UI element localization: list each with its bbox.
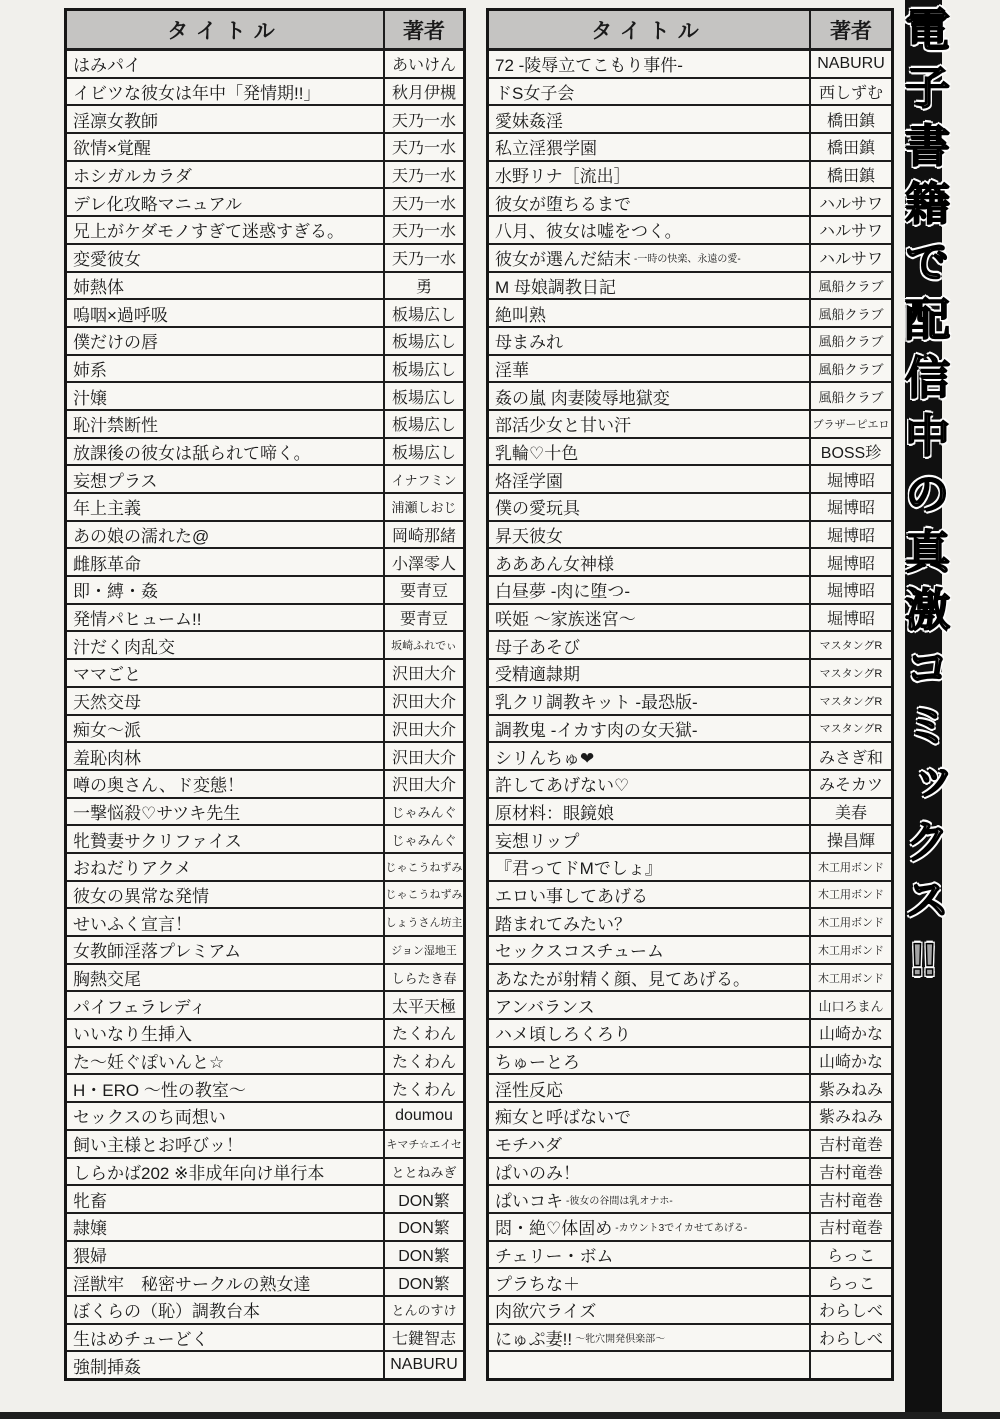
author-cell: 木工用ボンド [811, 965, 891, 991]
table-row: 部活少女と甘い汗ブラザーピエロ [489, 409, 891, 437]
author-cell: 操昌輝 [811, 826, 891, 852]
title-cell: M 母娘調教日記 [489, 273, 811, 299]
book-title: デレ化攻略マニュアル [73, 190, 242, 215]
book-title: 絶叫熟 [495, 301, 546, 326]
title-cell: チェリー・ボム [489, 1242, 811, 1268]
book-title: エロい事してあげる [495, 882, 648, 907]
title-cell: 昇天彼女 [489, 522, 811, 548]
table-row: 水野リナ［流出］橋田鎮 [489, 160, 891, 188]
title-cell: ハメ頃しろくろり [489, 1020, 811, 1046]
title-column-header: タイトル [67, 11, 385, 48]
author-cell: 木工用ボンド [811, 882, 891, 908]
table-row: 猥婦DON繁 [67, 1240, 463, 1268]
author-cell: 堀博昭 [811, 466, 891, 492]
book-list-table-right: タイトル著者72 -陵辱立てこもり事件-NABURUドS女子会西しずむ愛妹姦淫橋… [486, 8, 894, 1381]
table-row: 私立淫猥学園橋田鎮 [489, 132, 891, 160]
title-cell [489, 1352, 811, 1378]
author-cell: 堀博昭 [811, 605, 891, 631]
author-cell: 天乃一水 [385, 162, 463, 188]
book-title: 恥汁禁断性 [73, 411, 158, 436]
table-row: 汁だく肉乱交坂崎ふれでぃ [67, 630, 463, 658]
title-cell: 母子あそび [489, 632, 811, 658]
author-cell: 風船クラブ [811, 273, 891, 299]
title-cell: 妄想プラス [67, 466, 385, 492]
book-title: 彼女が選んだ結末 [495, 245, 631, 270]
title-cell: いいなり生挿入 [67, 1020, 385, 1046]
table-row: デレ化攻略マニュアル天乃一水 [67, 187, 463, 215]
title-cell: 放課後の彼女は舐られて啼く。 [67, 439, 385, 465]
book-title: おねだりアクメ [73, 854, 191, 879]
title-cell: ママごと [67, 660, 385, 686]
book-title: ぼくらの（恥）調教台本 [73, 1297, 260, 1322]
table-row: チェリー・ボムらっこ [489, 1240, 891, 1268]
table-row: せいふく宣言！しょうさん坊主 [67, 907, 463, 935]
title-cell: セックスのち両想い [67, 1103, 385, 1129]
table-row: 雌豚革命小澤零人 [67, 547, 463, 575]
table-row: 彼女の異常な発情じゃこうねずみ [67, 880, 463, 908]
title-cell: 僕の愛玩具 [489, 494, 811, 520]
table-row: ちゅーとろ山崎かな [489, 1046, 891, 1074]
author-cell: 沢田大介 [385, 743, 463, 769]
table-row: 牝贄妻サクリファイスじゃみんぐ [67, 824, 463, 852]
author-cell: 風船クラブ [811, 328, 891, 354]
table-header-row: タイトル著者 [67, 11, 463, 49]
table-row: 噂の奥さん、ド変態！沢田大介 [67, 769, 463, 797]
author-cell: あいけん [385, 51, 463, 77]
book-title: 姦の嵐 肉妻陵辱地獄変 [495, 384, 670, 409]
author-cell: 沢田大介 [385, 660, 463, 686]
author-cell: たくわん [385, 1020, 463, 1046]
book-title: ドS女子会 [495, 79, 574, 104]
table-row: ハメ頃しろくろり山崎かな [489, 1018, 891, 1046]
author-cell: 堀博昭 [811, 549, 891, 575]
book-title: にゅぷ妻!! [495, 1325, 572, 1350]
title-cell: ぱいコキ-彼女の谷間は乳オナホ- [489, 1186, 811, 1212]
book-title: 雌豚革命 [73, 550, 141, 575]
title-cell: 淫華 [489, 356, 811, 382]
book-title: 年上主義 [73, 494, 141, 519]
title-cell: 八月、彼女は嘘をつく。 [489, 217, 811, 243]
title-cell: 牝畜 [67, 1186, 385, 1212]
title-cell: 72 -陵辱立てこもり事件- [489, 51, 811, 77]
table-row: 『君ってドMでしょ』木工用ボンド [489, 852, 891, 880]
title-cell: 痴女と呼ばないで [489, 1103, 811, 1129]
book-title: しらかば202 ※非成年向け単行本 [73, 1159, 324, 1184]
title-cell: あの娘の濡れた@ [67, 522, 385, 548]
title-cell: 淫性反応 [489, 1075, 811, 1101]
author-cell: 要青豆 [385, 577, 463, 603]
title-cell: 恥汁禁断性 [67, 411, 385, 437]
author-cell: 堀博昭 [811, 522, 891, 548]
table-row [489, 1350, 891, 1378]
author-cell: じゃみんぐ [385, 826, 463, 852]
book-title: 淫華 [495, 356, 529, 381]
table-row: 僕の愛玩具堀博昭 [489, 492, 891, 520]
table-row: 嗚咽×過呼吸板場広し [67, 298, 463, 326]
book-title: H・ERO 〜性の教室〜 [73, 1076, 246, 1101]
author-cell: わらしべ [811, 1325, 891, 1351]
table-row: 発情パヒューム!!要青豆 [67, 603, 463, 631]
title-cell: H・ERO 〜性の教室〜 [67, 1075, 385, 1101]
table-row: ママごと沢田大介 [67, 658, 463, 686]
table-row: あなたが射精く顔、見てあげる。木工用ボンド [489, 963, 891, 991]
table-row: シリんちゅ❤みさぎ和 [489, 741, 891, 769]
author-cell: 紫みねみ [811, 1103, 891, 1129]
title-cell: 彼女の異常な発情 [67, 882, 385, 908]
book-title: 母まみれ [495, 328, 563, 353]
table-row: エロい事してあげる木工用ボンド [489, 880, 891, 908]
book-title: 妄想プラス [73, 467, 158, 492]
table-row: 妄想リップ操昌輝 [489, 824, 891, 852]
table-row: 姉熱体勇 [67, 271, 463, 299]
author-cell: らっこ [811, 1242, 891, 1268]
author-cell: 天乃一水 [385, 106, 463, 132]
author-cell: DON繁 [385, 1186, 463, 1212]
author-cell: しょうさん坊主 [385, 909, 463, 935]
book-title-subtitle: 〜牝穴開発倶楽部〜 [575, 1330, 665, 1345]
title-cell: あああん女神様 [489, 549, 811, 575]
title-cell: プラちな＋ [489, 1269, 811, 1295]
book-title: ぱいコキ [495, 1187, 563, 1212]
table-row: 一撃悩殺♡サツキ先生じゃみんぐ [67, 797, 463, 825]
author-cell: 板場広し [385, 411, 463, 437]
book-title: はみパイ [73, 51, 141, 76]
book-title: 乳輪♡十色 [495, 439, 578, 464]
book-title: 妄想リップ [495, 827, 579, 852]
title-cell: にゅぷ妻!!〜牝穴開発倶楽部〜 [489, 1325, 811, 1351]
title-cell: アンバランス [489, 992, 811, 1018]
book-title: 烙淫学園 [495, 467, 563, 492]
table-row: 母まみれ風船クラブ [489, 326, 891, 354]
table-row: 兄上がケダモノすぎて迷惑すぎる。天乃一水 [67, 215, 463, 243]
book-title: あああん女神様 [495, 550, 614, 575]
book-title: 僕の愛玩具 [495, 494, 580, 519]
author-cell: 坂崎ふれでぃ [385, 632, 463, 658]
author-cell: 山口ろまん [811, 992, 891, 1018]
author-cell: 秋月伊槻 [385, 79, 463, 105]
author-column-header: 著者 [385, 11, 463, 48]
table-row: 姦の嵐 肉妻陵辱地獄変風船クラブ [489, 381, 891, 409]
book-title: パイフェラレディ [73, 993, 206, 1018]
author-cell: 吉村竜巻 [811, 1131, 891, 1157]
author-cell: 紫みねみ [811, 1075, 891, 1101]
book-title: 嗚咽×過呼吸 [73, 301, 168, 326]
author-cell: マスタングR [811, 660, 891, 686]
author-cell: じゃこうねずみ [385, 882, 463, 908]
table-row: イビツな彼女は年中「発情期!!」秋月伊槻 [67, 77, 463, 105]
book-title: 部活少女と甘い汗 [495, 411, 631, 436]
book-title: チェリー・ボム [495, 1242, 614, 1267]
book-title-subtitle: -カウント3でイカせてあげる- [615, 1219, 747, 1234]
table-row: いいなり生挿入たくわん [67, 1018, 463, 1046]
table-row: 彼女が堕ちるまでハルサワ [489, 187, 891, 215]
title-cell: 咲姫 〜家族迷宮〜 [489, 605, 811, 631]
book-title: 水野リナ［流出］ [495, 162, 631, 187]
author-cell: 小澤零人 [385, 549, 463, 575]
author-cell: DON繁 [385, 1242, 463, 1268]
table-row: セックスのち両想いdoumou [67, 1101, 463, 1129]
title-cell: デレ化攻略マニュアル [67, 189, 385, 215]
title-cell: 即・縛・姦 [67, 577, 385, 603]
table-row: 八月、彼女は嘘をつく。ハルサワ [489, 215, 891, 243]
book-title: 乳クリ調教キット -最恐版- [495, 688, 698, 713]
author-cell: たくわん [385, 1075, 463, 1101]
table-header-row: タイトル著者 [489, 11, 891, 49]
book-title: 八月、彼女は嘘をつく。 [495, 217, 682, 242]
book-title: 汁嬢 [73, 384, 107, 409]
author-cell: トキマチ☆エイセイ [385, 1131, 463, 1157]
table-row: 欲情×覚醒天乃一水 [67, 132, 463, 160]
table-row: パイフェラレディ太平天極 [67, 990, 463, 1018]
book-title: セックスのち両想い [73, 1103, 226, 1128]
author-cell: 風船クラブ [811, 356, 891, 382]
title-cell: しらかば202 ※非成年向け単行本 [67, 1159, 385, 1185]
book-title: 牝贄妻サクリファイス [73, 827, 242, 852]
title-cell: 姉系 [67, 356, 385, 382]
book-title: 変愛彼女 [73, 245, 141, 270]
title-cell: ちゅーとろ [489, 1048, 811, 1074]
table-row: 飼い主様とお呼びッ！トキマチ☆エイセイ [67, 1129, 463, 1157]
title-cell: 変愛彼女 [67, 245, 385, 271]
book-title: 調教鬼 -イカす肉の女天獄- [495, 716, 698, 741]
book-title: 受精適隷期 [495, 660, 580, 685]
book-title: 僕だけの唇 [73, 328, 158, 353]
table-row: あの娘の濡れた@岡崎那緒 [67, 520, 463, 548]
title-cell: 肉欲穴ライズ [489, 1297, 811, 1323]
table-row: 妄想プラスイナフミン [67, 464, 463, 492]
author-cell: 風船クラブ [811, 300, 891, 326]
title-cell: 年上主義 [67, 494, 385, 520]
table-row: 受精適隷期マスタングR [489, 658, 891, 686]
author-cell: たくわん [385, 1048, 463, 1074]
table-row: 悶・絶♡体固め-カウント3でイカせてあげる-吉村竜巻 [489, 1212, 891, 1240]
book-title: 牝畜 [73, 1187, 107, 1212]
title-cell: 妄想リップ [489, 826, 811, 852]
title-cell: 部活少女と甘い汗 [489, 411, 811, 437]
author-cell: みさぎ和 [811, 743, 891, 769]
title-cell: 胸熱交尾 [67, 965, 385, 991]
book-title: 淫凛女教師 [73, 107, 158, 132]
author-cell: 天乃一水 [385, 189, 463, 215]
book-title: 天然交母 [73, 688, 141, 713]
book-title: プラちな＋ [495, 1270, 580, 1295]
table-row: 隷嬢DON繁 [67, 1212, 463, 1240]
book-title: 一撃悩殺♡サツキ先生 [73, 799, 240, 824]
book-title: 許してあげない♡ [495, 771, 629, 796]
title-cell: 彼女が選んだ結末-一時の快楽、永遠の愛- [489, 245, 811, 271]
book-title-subtitle: -彼女の谷間は乳オナホ- [566, 1192, 673, 1207]
author-cell: DON繁 [385, 1269, 463, 1295]
table-row: ホシガルカラダ天乃一水 [67, 160, 463, 188]
author-cell: DON繁 [385, 1214, 463, 1240]
author-cell: ととねみぎ [385, 1159, 463, 1185]
title-cell: ドS女子会 [489, 79, 811, 105]
title-cell: ホシガルカラダ [67, 162, 385, 188]
title-cell: 天然交母 [67, 688, 385, 714]
author-cell: 天乃一水 [385, 134, 463, 160]
table-row: 年上主義浦瀬しおじ [67, 492, 463, 520]
author-cell: 吉村竜巻 [811, 1186, 891, 1212]
title-cell: 原材料：眼鏡娘 [489, 799, 811, 825]
title-cell: 発情パヒューム!! [67, 605, 385, 631]
author-cell: 堀博昭 [811, 577, 891, 603]
title-cell: 淫獣牢 秘密サークルの熟女達 [67, 1269, 385, 1295]
author-cell: 吉村竜巻 [811, 1214, 891, 1240]
title-column-header: タイトル [489, 11, 811, 48]
title-cell: 汁嬢 [67, 383, 385, 409]
table-row: 調教鬼 -イカす肉の女天獄-マスタングR [489, 714, 891, 742]
table-row: セックスコスチューム木工用ボンド [489, 935, 891, 963]
title-cell: 僕だけの唇 [67, 328, 385, 354]
book-title: 猥婦 [73, 1242, 107, 1267]
title-cell: 彼女が堕ちるまで [489, 189, 811, 215]
table-row: 彼女が選んだ結末-一時の快楽、永遠の愛-ハルサワ [489, 243, 891, 271]
table-row: 絶叫熟風船クラブ [489, 298, 891, 326]
author-cell: 橋田鎮 [811, 134, 891, 160]
author-cell: ハルサワ [811, 245, 891, 271]
book-title: アンバランス [495, 993, 595, 1018]
book-title: 悶・絶♡体固め [495, 1214, 612, 1239]
book-title: 母子あそび [495, 633, 580, 658]
author-cell: 木工用ボンド [811, 937, 891, 963]
author-cell: 山崎かな [811, 1020, 891, 1046]
table-row: 淫獣牢 秘密サークルの熟女達DON繁 [67, 1267, 463, 1295]
author-cell: doumou [385, 1103, 463, 1129]
book-title: ぱいのみ！ [495, 1159, 580, 1184]
title-cell: 隷嬢 [67, 1214, 385, 1240]
author-cell: 木工用ボンド [811, 854, 891, 880]
author-cell: 天乃一水 [385, 217, 463, 243]
title-cell: 雌豚革命 [67, 549, 385, 575]
author-cell: 岡崎那緒 [385, 522, 463, 548]
book-title: 原材料：眼鏡娘 [495, 799, 614, 824]
table-row: 淫凛女教師天乃一水 [67, 104, 463, 132]
table-row: M 母娘調教日記風船クラブ [489, 271, 891, 299]
book-title: 隷嬢 [73, 1214, 107, 1239]
author-cell: 木工用ボンド [811, 909, 891, 935]
book-title: 彼女の異常な発情 [73, 882, 209, 907]
title-cell: 生はめチューどく [67, 1325, 385, 1351]
title-cell: あなたが射精く顔、見てあげる。 [489, 965, 811, 991]
author-cell: マスタングR [811, 688, 891, 714]
author-cell: 美春 [811, 799, 891, 825]
author-cell: 板場広し [385, 300, 463, 326]
author-cell: 浦瀬しおじ [385, 494, 463, 520]
title-cell: 白昼夢 -肉に堕つ- [489, 577, 811, 603]
author-cell: 吉村竜巻 [811, 1159, 891, 1185]
table-row: 天然交母沢田大介 [67, 686, 463, 714]
title-cell: 調教鬼 -イカす肉の女天獄- [489, 716, 811, 742]
book-title: 咲姫 〜家族迷宮〜 [495, 605, 636, 630]
title-cell: 愛妹姦淫 [489, 106, 811, 132]
book-title: 肉欲穴ライズ [495, 1297, 596, 1322]
title-cell: 嗚咽×過呼吸 [67, 300, 385, 326]
author-cell: じゃみんぐ [385, 799, 463, 825]
table-row: ドS女子会西しずむ [489, 77, 891, 105]
table-row: 痴女と呼ばないで紫みねみ [489, 1101, 891, 1129]
author-column-header: 著者 [811, 11, 891, 48]
title-cell: おねだりアクメ [67, 854, 385, 880]
title-cell: せいふく宣言！ [67, 909, 385, 935]
author-cell: ハルサワ [811, 217, 891, 243]
table-row: はみパイあいけん [67, 49, 463, 77]
title-cell: エロい事してあげる [489, 882, 811, 908]
book-title: 『君ってドMでしょ』 [495, 854, 662, 879]
book-title: 飼い主様とお呼びッ！ [73, 1131, 243, 1156]
author-cell: 沢田大介 [385, 716, 463, 742]
table-row: 淫華風船クラブ [489, 354, 891, 382]
title-cell: ぱいのみ！ [489, 1159, 811, 1185]
book-title: 強制挿姦 [73, 1353, 141, 1378]
table-row: 胸熱交尾しらたき春 [67, 963, 463, 991]
table-row: おねだりアクメじゃこうねずみ [67, 852, 463, 880]
title-cell: 乳クリ調教キット -最恐版- [489, 688, 811, 714]
book-title-subtitle: -一時の快楽、永遠の愛- [634, 250, 741, 265]
title-cell: 飼い主様とお呼びッ！ [67, 1131, 385, 1157]
title-cell: 羞恥肉林 [67, 743, 385, 769]
table-row: 肉欲穴ライズわらしべ [489, 1295, 891, 1323]
book-title: 愛妹姦淫 [495, 107, 563, 132]
title-cell: 兄上がケダモノすぎて迷惑すぎる。 [67, 217, 385, 243]
table-row: ぱいのみ！吉村竜巻 [489, 1157, 891, 1185]
table-row: 許してあげない♡みそカツ [489, 769, 891, 797]
author-cell: とんのすけ [385, 1297, 463, 1323]
book-title: 淫獣牢 秘密サークルの熟女達 [73, 1270, 311, 1295]
table-row: 乳クリ調教キット -最恐版-マスタングR [489, 686, 891, 714]
title-cell: セックスコスチューム [489, 937, 811, 963]
book-title: ホシガルカラダ [73, 162, 192, 187]
table-row: 汁嬢板場広し [67, 381, 463, 409]
table-row: 愛妹姦淫橋田鎮 [489, 104, 891, 132]
table-row: 羞恥肉林沢田大介 [67, 741, 463, 769]
book-title: M 母娘調教日記 [495, 273, 616, 298]
title-cell: 一撃悩殺♡サツキ先生 [67, 799, 385, 825]
title-cell: 姉熱体 [67, 273, 385, 299]
table-row: 乳輪♡十色BOSS珍 [489, 437, 891, 465]
author-cell: マスタングR [811, 632, 891, 658]
table-row: にゅぷ妻!!〜牝穴開発倶楽部〜わらしべ [489, 1323, 891, 1351]
author-cell: 板場広し [385, 328, 463, 354]
author-cell: 山崎かな [811, 1048, 891, 1074]
book-title: 胸熱交尾 [73, 965, 141, 990]
book-title: ママごと [73, 660, 141, 685]
title-cell: 強制挿姦 [67, 1352, 385, 1378]
table-row: ぼくらの（恥）調教台本とんのすけ [67, 1295, 463, 1323]
book-title: モチハダ [495, 1131, 562, 1156]
author-cell: らっこ [811, 1269, 891, 1295]
table-row: 踏まれてみたい？木工用ボンド [489, 907, 891, 935]
book-title: 痴女と呼ばないで [495, 1103, 631, 1128]
book-title: せいふく宣言！ [73, 910, 192, 935]
book-title: 彼女が堕ちるまで [495, 190, 631, 215]
author-cell: 七鍵智志 [385, 1325, 463, 1351]
author-cell: 天乃一水 [385, 245, 463, 271]
book-title: 姉熱体 [73, 273, 124, 298]
title-cell: 痴女〜派 [67, 716, 385, 742]
author-cell: NABURU [385, 1352, 463, 1378]
author-cell [811, 1352, 891, 1378]
table-row: しらかば202 ※非成年向け単行本ととねみぎ [67, 1157, 463, 1185]
table-row: 母子あそびマスタングR [489, 630, 891, 658]
table-row: 原材料：眼鏡娘美春 [489, 797, 891, 825]
title-cell: た〜妊ぐぽいんと☆ [67, 1048, 385, 1074]
table-row: 白昼夢 -肉に堕つ-堀博昭 [489, 575, 891, 603]
author-cell: 沢田大介 [385, 771, 463, 797]
title-cell: 水野リナ［流出］ [489, 162, 811, 188]
title-cell: シリんちゅ❤ [489, 743, 811, 769]
author-cell: 板場広し [385, 356, 463, 382]
table-row: プラちな＋らっこ [489, 1267, 891, 1295]
